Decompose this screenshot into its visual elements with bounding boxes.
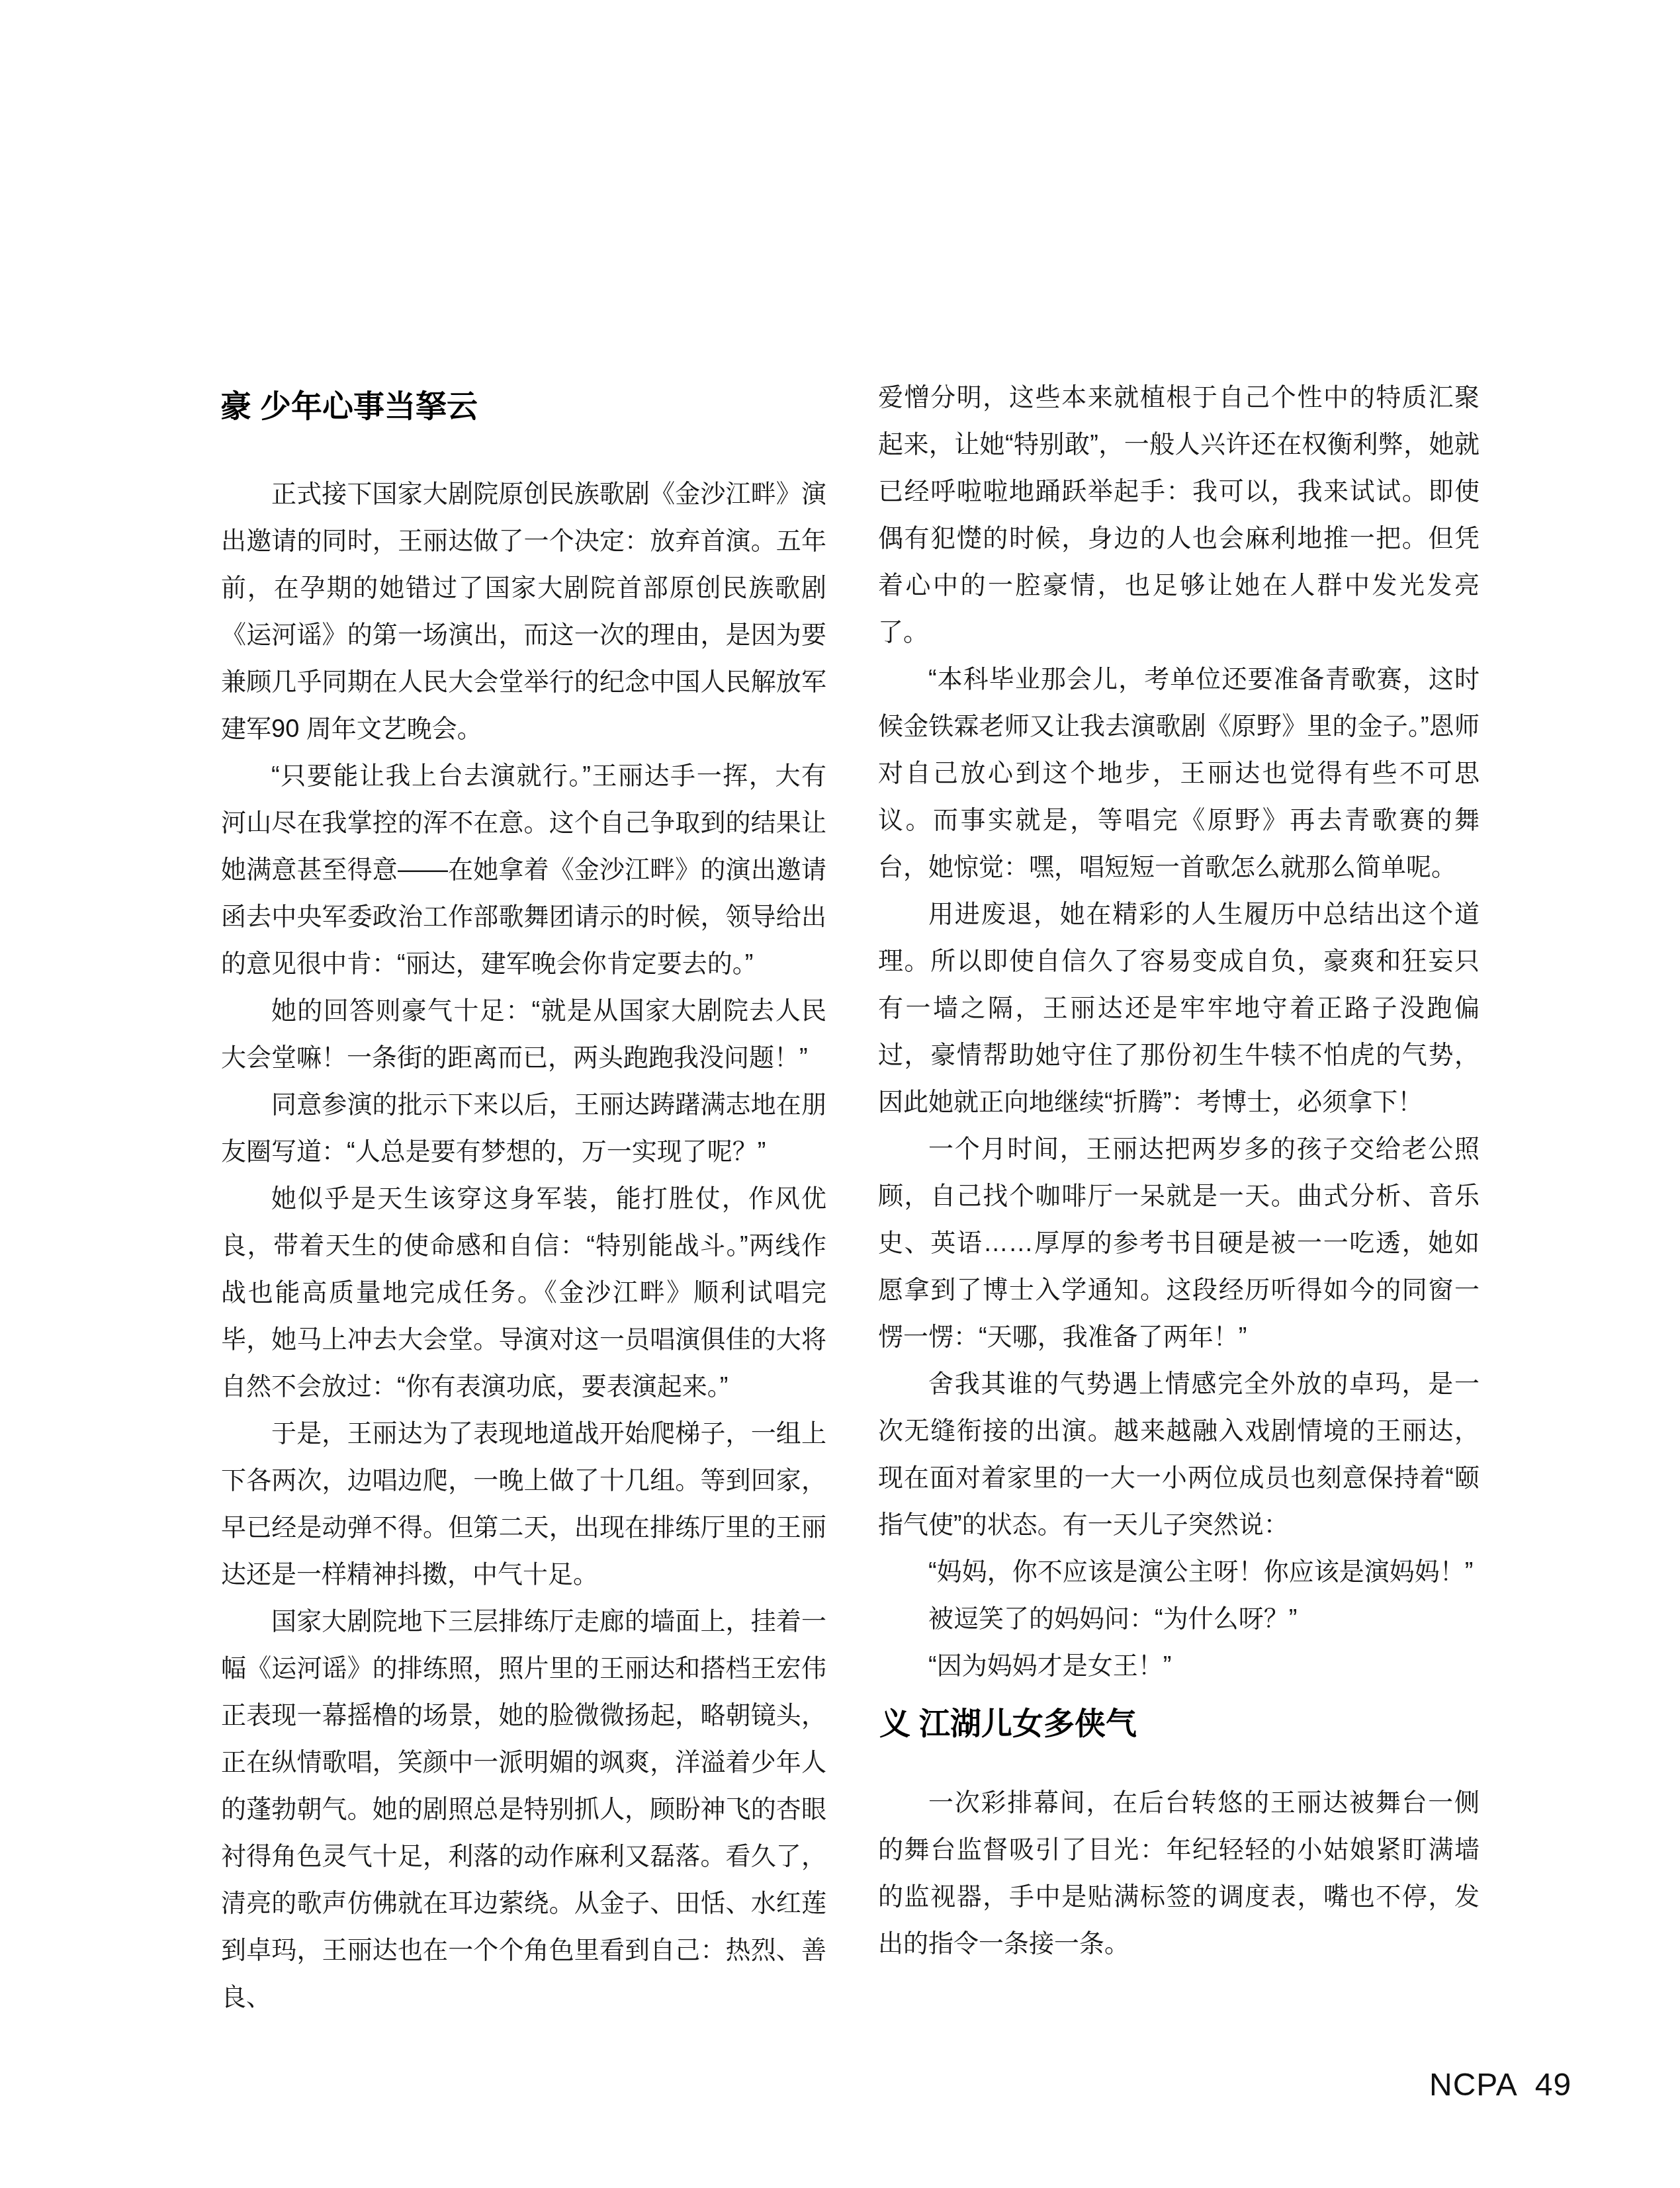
magazine-article-page: 豪 少年心事当拏云 正式接下国家大剧院原创民族歌剧《金沙江畔》演出邀请的同时，王… bbox=[0, 0, 1680, 2188]
body-paragraph: “只要能让我上台去演就行。”王丽达手一挥，大有河山尽在我掌控的浑不在意。这个自己… bbox=[221, 753, 826, 988]
page-footer: NCPA49 bbox=[1429, 2068, 1571, 2103]
section-heading-hao: 豪 少年心事当拏云 bbox=[220, 389, 478, 423]
body-paragraph: 于是，王丽达为了表现地道战开始爬梯子，一组上下各两次，边唱边爬，一晚上做了十几组… bbox=[221, 1411, 826, 1598]
body-paragraph: 同意参演的批示下来以后，王丽达踌躇满志地在朋友圈写道：“人总是要有梦想的，万一实… bbox=[221, 1082, 826, 1176]
left-column-body: 正式接下国家大剧院原创民族歌剧《金沙江畔》演出邀请的同时，王丽达做了一个决定：放… bbox=[221, 471, 826, 2021]
body-paragraph: 国家大剧院地下三层排练厅走廊的墙面上，挂着一幅《运河谣》的排练照，照片里的王丽达… bbox=[221, 1598, 826, 2021]
body-paragraph: 她似乎是天生该穿这身军装，能打胜仗，作风优良，带着天生的使命感和自信：“特别能战… bbox=[221, 1176, 826, 1411]
body-paragraph: 舍我其谁的气势遇上情感完全外放的卓玛，是一次无缝衔接的出演。越来越融入戏剧情境的… bbox=[878, 1361, 1480, 1549]
dialogue-paragraph: 被逗笑了的妈妈问：“为什么呀？” bbox=[878, 1596, 1480, 1643]
body-paragraph: 用进废退，她在精彩的人生履历中总结出这个道理。所以即使自信久了容易变成自负，豪爽… bbox=[878, 891, 1480, 1126]
dialogue-paragraph: “妈妈，你不应该是演公主呀！你应该是演妈妈！” bbox=[878, 1549, 1480, 1596]
body-paragraph: 一个月时间，王丽达把两岁多的孩子交给老公照顾，自己找个咖啡厅一呆就是一天。曲式分… bbox=[878, 1126, 1480, 1361]
right-column-body-bottom: 一次彩排幕间，在后台转悠的王丽达被舞台一侧的舞台监督吸引了目光：年纪轻轻的小姑娘… bbox=[878, 1780, 1480, 1968]
right-column-body-top: 爱憎分明，这些本来就植根于自己个性中的特质汇聚起来，让她“特别敢”，一般人兴许还… bbox=[878, 374, 1480, 1690]
footer-page-number: 49 bbox=[1535, 2068, 1571, 2103]
body-paragraph: “本科毕业那会儿，考单位还要准备青歌赛，这时候金铁霖老师又让我去演歌剧《原野》里… bbox=[878, 656, 1480, 891]
dialogue-paragraph: “因为妈妈才是女王！” bbox=[878, 1643, 1480, 1690]
body-paragraph: 一次彩排幕间，在后台转悠的王丽达被舞台一侧的舞台监督吸引了目光：年纪轻轻的小姑娘… bbox=[878, 1780, 1480, 1968]
section-heading-yi: 义 江湖儿女多侠气 bbox=[879, 1706, 1137, 1741]
body-paragraph: 正式接下国家大剧院原创民族歌剧《金沙江畔》演出邀请的同时，王丽达做了一个决定：放… bbox=[221, 471, 826, 753]
body-paragraph-continuation: 爱憎分明，这些本来就植根于自己个性中的特质汇聚起来，让她“特别敢”，一般人兴许还… bbox=[878, 374, 1480, 656]
body-paragraph: 她的回答则豪气十足：“就是从国家大剧院去人民大会堂嘛！一条街的距离而已，两头跑跑… bbox=[221, 988, 826, 1082]
footer-brand: NCPA bbox=[1429, 2068, 1518, 2103]
